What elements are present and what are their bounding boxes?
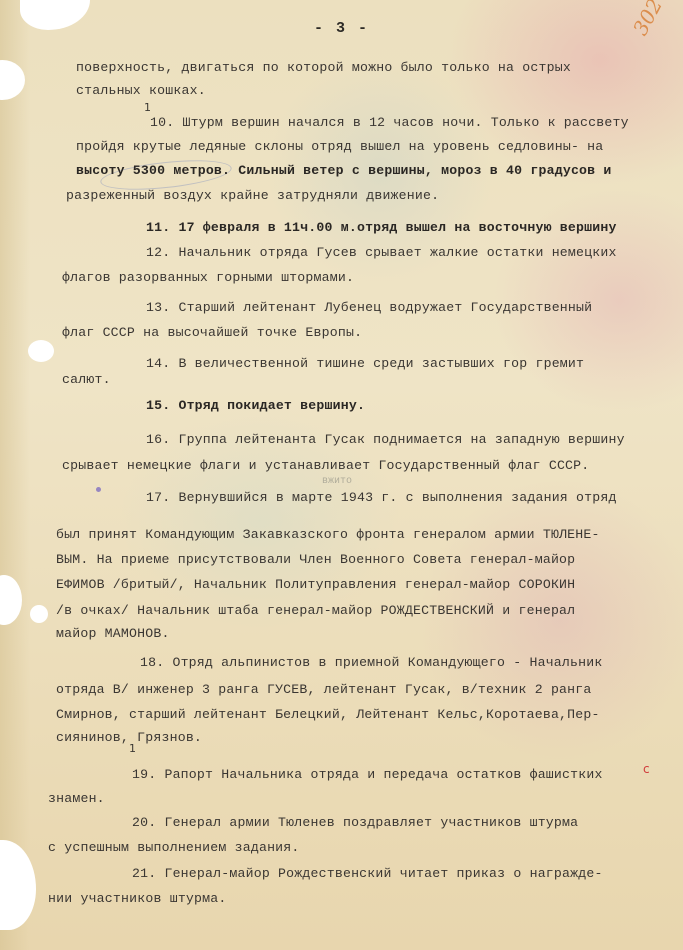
text-line: сиянинов, Грязнов. (56, 730, 202, 745)
document-page: - 3 - 302 1 1 c вжито поверхность, двига… (0, 0, 683, 950)
text-line: 19. Рапорт Начальника отряда и передача … (132, 767, 603, 782)
text-line: с успешным выполнением задания. (48, 840, 300, 855)
text-line: Смирнов, старший лейтенант Белецкий, Лей… (56, 707, 600, 722)
text-line: знамен. (48, 791, 105, 806)
torn-edge (0, 840, 36, 930)
text-line: /в очках/ Начальник штаба генерал-майор … (56, 603, 575, 618)
text-line: 10. Штурм вершин начался в 12 часов ночи… (150, 115, 629, 130)
text-line: срывает немецкие флаги и устанавливает Г… (62, 458, 589, 473)
text-line: салют. (62, 372, 111, 387)
page-number: - 3 - (0, 20, 683, 37)
text-line: 13. Старший лейтенант Лубенец водружает … (146, 300, 592, 315)
text-line: ВЫМ. На приеме присутствовали Член Военн… (56, 552, 575, 567)
text-line: поверхность, двигаться по которой можно … (76, 60, 571, 75)
text-line: был принят Командующим Закавказского фро… (56, 527, 600, 542)
text-line: майор МАМОНОВ. (56, 626, 170, 641)
text-line: разреженный воздух крайне затрудняли дви… (66, 188, 439, 203)
text-line: 17. Вернувшийся в марте 1943 г. с выполн… (146, 490, 617, 505)
text-line: флаг СССР на высочайшей точке Европы. (62, 325, 362, 340)
text-line: 11. 17 февраля в 11ч.00 м.отряд вышел на… (146, 220, 617, 235)
text-line: 20. Генерал армии Тюленев поздравляет уч… (132, 815, 578, 830)
text-line: ЕФИМОВ /бритый/, Начальник Политуправлен… (56, 577, 575, 592)
text-line: стальных кошках. (76, 83, 206, 98)
text-line: 16. Группа лейтенанта Гусак поднимается … (146, 432, 625, 447)
text-line: 12. Начальник отряда Гусев срывает жалки… (146, 245, 617, 260)
text-line: флагов разорванных горными штормами. (62, 270, 354, 285)
text-line: 18. Отряд альпинистов в приемной Команду… (140, 655, 603, 670)
text-line: 21. Генерал-майор Рождественский читает … (132, 866, 603, 881)
text-line: отряда В/ инженер 3 ранга ГУСЕВ, лейтена… (56, 682, 592, 697)
red-correction-mark: c (643, 762, 650, 776)
text-line: пройдя крутые ледяные склоны отряд вышел… (76, 139, 603, 154)
paper-hole (30, 605, 48, 623)
margin-tick: 1 (144, 101, 151, 114)
ink-dot (96, 487, 101, 492)
text-line: 15. Отряд покидает вершину. (146, 398, 365, 413)
text-line: 14. В величественной тишине среди застыв… (146, 356, 584, 371)
faint-stamp: вжито (322, 476, 352, 487)
paper-hole (28, 340, 54, 362)
text-line: нии участников штурма. (48, 891, 227, 906)
paper-edge-shadow (0, 0, 30, 950)
text-line: высоту 5300 метров. Сильный ветер с верш… (76, 163, 612, 178)
